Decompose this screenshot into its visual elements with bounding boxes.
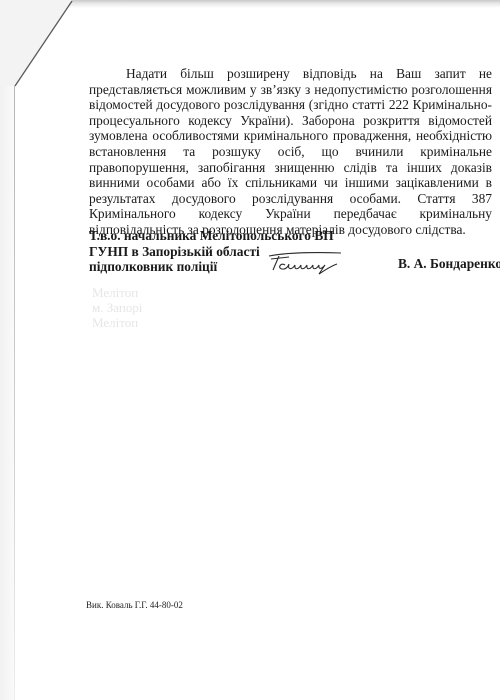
signer-name: В. А. Бондаренко: [398, 256, 500, 272]
body-paragraph-text: Надати більш розширену відповідь на Ваш …: [89, 66, 492, 237]
bleed-through-line: м. Запорі: [92, 300, 492, 315]
handwritten-signature-icon: [265, 250, 345, 276]
scan-left-shadow: [0, 86, 14, 700]
folded-corner-icon: [0, 0, 74, 90]
scan-top-shadow: [0, 0, 500, 8]
bleed-through-line: Мелітоп: [92, 285, 492, 300]
body-paragraph: Надати більш розширену відповідь на Ваш …: [89, 66, 492, 238]
page-edge-line: [14, 86, 15, 700]
bleed-through-text: Мелітоп м. Запорі Мелітоп: [92, 285, 492, 330]
bleed-through-line: Мелітоп: [92, 315, 492, 330]
executor-note: Вик. Коваль Г.Г. 44-80-02: [86, 600, 183, 610]
signer-title-line-1: Т.в.о. начальника Мелітопольського ВП: [89, 228, 499, 244]
